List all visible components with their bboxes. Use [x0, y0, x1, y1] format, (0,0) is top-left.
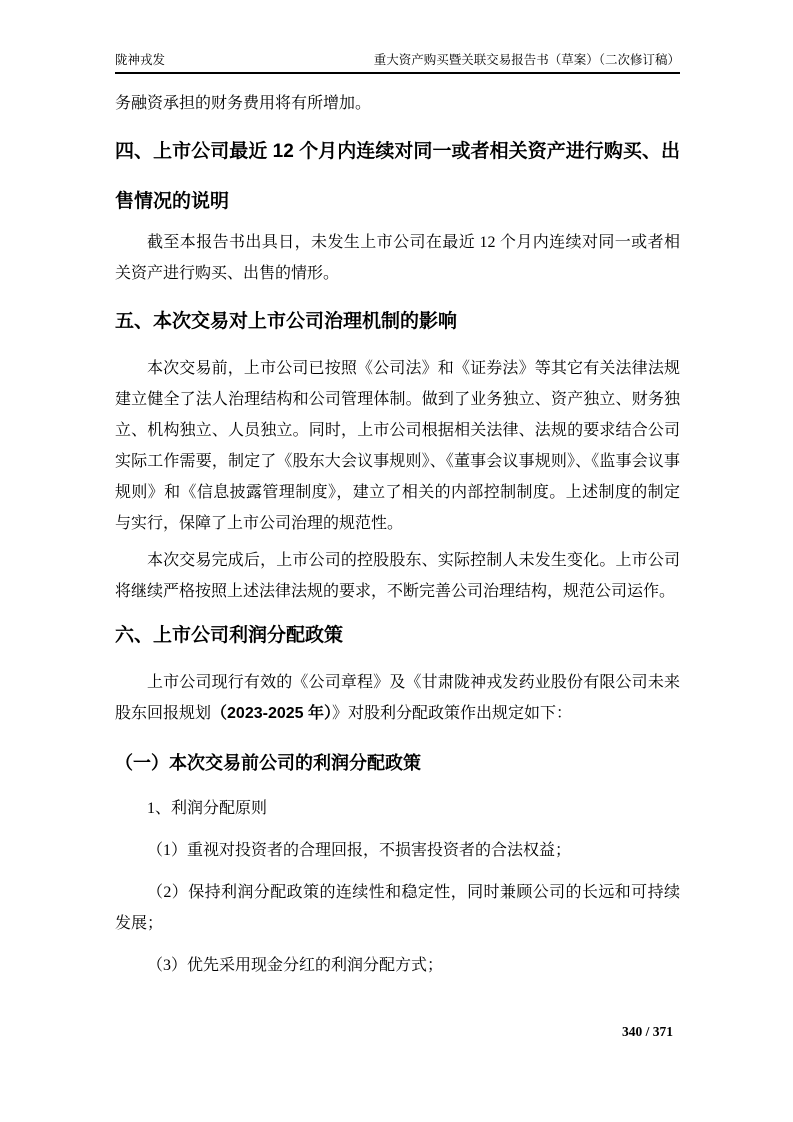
dividend-plan-years: （2023-2025 年）	[211, 705, 332, 722]
subsection-heading-1: （一）本次交易前公司的利润分配政策	[115, 743, 680, 783]
list-item-principle-3: （3）优先采用现金分红的利润分配方式；	[115, 950, 680, 981]
dividend-intro-after: 》对股利分配政策作出规定如下：	[332, 705, 572, 722]
document-page: 陇神戎发 重大资产购买暨关联交易报告书（草案）（二次修订稿） 务融资承担的财务费…	[0, 0, 793, 1122]
list-item-principle-1: （1）重视对投资者的合理回报，不损害投资者的合法权益；	[115, 835, 680, 866]
header-company-name: 陇神戎发	[115, 52, 165, 68]
page-number: 340 / 371	[622, 1024, 673, 1040]
paragraph-governance-before: 本次交易前，上市公司已按照《公司法》和《证券法》等其它有关法律法规建立健全了法人…	[115, 353, 680, 539]
page-header: 陇神戎发 重大资产购买暨关联交易报告书（草案）（二次修订稿）	[115, 52, 680, 74]
section-heading-6: 六、上市公司利润分配政策	[115, 611, 680, 661]
list-item-principles-title: 1、利润分配原则	[115, 793, 680, 824]
continued-paragraph: 务融资承担的财务费用将有所增加。	[115, 88, 680, 119]
list-item-principle-2: （2）保持利润分配政策的连续性和稳定性，同时兼顾公司的长远和可持续发展；	[115, 877, 680, 939]
document-body: 务融资承担的财务费用将有所增加。 四、上市公司最近 12 个月内连续对同一或者相…	[115, 88, 680, 981]
paragraph-governance-after: 本次交易完成后，上市公司的控股股东、实际控制人未发生变化。上市公司将继续严格按照…	[115, 545, 680, 607]
header-report-title: 重大资产购买暨关联交易报告书（草案）（二次修订稿）	[374, 52, 680, 68]
section-heading-5: 五、本次交易对上市公司治理机制的影响	[115, 297, 680, 347]
paragraph-dividend-policy-intro: 上市公司现行有效的《公司章程》及《甘肃陇神戎发药业股份有限公司未来股东回报规划（…	[115, 667, 680, 729]
paragraph-section-4: 截至本报告书出具日，未发生上市公司在最近 12 个月内连续对同一或者相关资产进行…	[115, 227, 680, 289]
section-heading-4: 四、上市公司最近 12 个月内连续对同一或者相关资产进行购买、出售情况的说明	[115, 127, 680, 227]
